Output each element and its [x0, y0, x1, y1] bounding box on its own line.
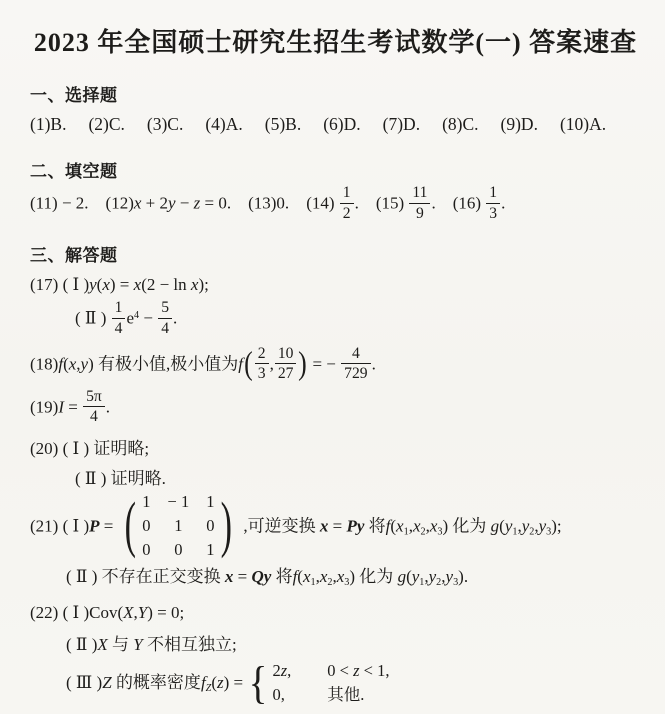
solution-line-20-part1: (20) ( Ⅰ ) 证明略; — [30, 436, 641, 461]
answer-item: (8)C. — [442, 114, 478, 135]
math-segment: (17) ( Ⅰ ) — [30, 275, 89, 294]
fraction-denominator: 3 — [486, 204, 500, 222]
math-segment: (20) ( Ⅰ ) 证明略; — [30, 439, 149, 458]
solution-line-18: (18)f(x,y) 有极小值,极小值为f(23,1027) = − 4729. — [30, 347, 641, 384]
piecewise-function: {2z,0 < z < 1,0,其他. — [247, 660, 389, 706]
math-segment: − — [139, 309, 157, 328]
matrix-cell: 0 — [142, 540, 150, 560]
fraction-denominator: 729 — [341, 364, 370, 382]
math-segment: 将 — [271, 567, 292, 586]
math-segment: ); — [551, 517, 561, 536]
math-segment: Y — [138, 603, 147, 622]
math-segment — [289, 194, 306, 213]
math-segment: Py — [346, 517, 364, 536]
fraction-numerator: 10 — [275, 345, 297, 365]
fraction-numerator: 4 — [341, 345, 370, 365]
math-segment: x — [396, 517, 404, 536]
matrix-cell: 1 — [168, 516, 190, 536]
answer-item: (3)C. — [147, 114, 183, 135]
fraction: 23 — [255, 345, 269, 382]
matrix-cell: 0 — [168, 540, 190, 560]
solution-line-19: (19)I = 5π4. — [30, 390, 641, 427]
math-segment: 的概率密度 — [112, 672, 201, 691]
math-segment: 与 — [108, 635, 134, 654]
math-segment: ); — [198, 275, 208, 294]
math-segment: g — [491, 517, 500, 536]
math-segment: (16) — [453, 194, 486, 213]
answer-item: (1)B. — [30, 114, 66, 135]
math-segment: (14) — [306, 194, 339, 213]
math-segment: 0 < — [327, 661, 353, 680]
math-segment — [436, 194, 453, 213]
math-segment: 0, — [272, 685, 284, 704]
math-segment — [359, 194, 376, 213]
math-segment: = 0. — [200, 194, 231, 213]
section-heading-solution: 三、解答题 — [30, 241, 641, 266]
math-segment: + 2 — [141, 194, 168, 213]
math-segment: ) — [299, 347, 308, 379]
fraction-numerator: 5π — [83, 388, 105, 408]
section-heading-choice: 一、选择题 — [30, 81, 641, 106]
math-segment: . — [501, 194, 505, 213]
math-segment: ( Ⅱ ) 证明略. — [75, 469, 166, 488]
cases-cell: 0 < z < 1, — [327, 660, 389, 681]
math-segment: . — [173, 309, 177, 328]
fraction-denominator: 3 — [255, 364, 269, 382]
blank-answers-row: (11) − 2. (12)x + 2y − z = 0. (13)0. (14… — [30, 186, 641, 223]
matrix-cell: 1 — [206, 492, 214, 512]
math-segment: Z — [102, 672, 111, 691]
math-segment: ) 化为 — [349, 567, 397, 586]
fraction-numerator: 1 — [340, 184, 354, 204]
fraction: 119 — [409, 184, 430, 221]
solution-line-21-part2: ( Ⅱ ) 不存在正交变换 x = Qy 将f(x1,x2,x3) 化为 g(y… — [66, 564, 641, 595]
math-segment: y — [168, 194, 176, 213]
matrix-cell: 0 — [206, 516, 214, 536]
math-segment: (13)0. — [248, 194, 289, 213]
math-segment: y — [81, 354, 89, 373]
fraction-numerator: 11 — [409, 184, 430, 204]
fraction: 13 — [486, 184, 500, 221]
math-segment: ) = — [224, 672, 248, 691]
cases-cell: 2z, — [272, 660, 291, 681]
math-segment: = — [328, 517, 346, 536]
solution-line-22-part1: (22) ( Ⅰ )Cov(X,Y) = 0; — [30, 600, 641, 625]
math-segment: ( Ⅲ ) — [66, 672, 102, 691]
solution-line-20-part2: ( Ⅱ ) 证明略. — [75, 466, 641, 491]
matrix-cell: − 1 — [168, 492, 190, 512]
math-segment: Qy — [251, 567, 271, 586]
fraction: 54 — [158, 299, 172, 336]
math-segment: ) = 0; — [147, 603, 184, 622]
fraction-denominator: 4 — [158, 319, 172, 337]
math-segment: y — [446, 567, 454, 586]
math-segment: = − — [308, 354, 340, 373]
fraction-denominator: 4 — [112, 319, 126, 337]
cases-brace: { — [249, 660, 268, 706]
document-page: 2023 年全国硕士研究生招生考试数学(一) 答案速查 一、选择题 (1)B. … — [0, 0, 665, 714]
math-segment: (21) ( Ⅰ ) — [30, 517, 89, 536]
fraction: 12 — [340, 184, 354, 221]
math-segment: (19) — [30, 397, 58, 416]
math-segment: ( Ⅱ ) — [66, 635, 97, 654]
fraction-numerator: 2 — [255, 345, 269, 365]
fraction-denominator: 9 — [409, 204, 430, 222]
matrix-cell: 0 — [142, 516, 150, 536]
solution-line-17-part2: ( Ⅱ ) 14e4 − 54. — [75, 301, 641, 338]
solution-line-17-part1: (17) ( Ⅰ )y(x) = x(2 − ln x); — [30, 272, 641, 297]
math-segment: ,可逆变换 — [239, 517, 320, 536]
math-segment: , — [270, 354, 274, 373]
fraction-numerator: 1 — [486, 184, 500, 204]
math-segment: − — [176, 194, 194, 213]
cases-grid: 2z,0 < z < 1,0,其他. — [272, 660, 389, 706]
math-segment — [231, 194, 248, 213]
fraction-numerator: 5 — [158, 299, 172, 319]
math-segment: . — [372, 354, 376, 373]
math-segment: ( Ⅱ ) 不存在正交变换 — [66, 567, 225, 586]
math-segment: x — [102, 275, 110, 294]
math-segment: 将 — [364, 517, 385, 536]
answer-item: (5)B. — [265, 114, 301, 135]
fraction-numerator: 1 — [112, 299, 126, 319]
fraction: 1027 — [275, 345, 297, 382]
math-segment: 不相互独立; — [143, 635, 237, 654]
math-segment: Y — [133, 635, 142, 654]
cases-cell: 其他. — [327, 684, 389, 705]
math-segment: = — [233, 567, 251, 586]
math-segment: ) 化为 — [442, 517, 490, 536]
math-segment: (18) — [30, 354, 58, 373]
matrix-left-paren: ( — [124, 496, 135, 555]
math-segment: P — [89, 517, 99, 536]
math-segment: (12) — [106, 194, 134, 213]
fraction: 14 — [112, 299, 126, 336]
math-segment: (11) − 2. — [30, 194, 89, 213]
fraction-denominator: 27 — [275, 364, 297, 382]
math-segment: X — [123, 603, 133, 622]
math-segment: ). — [458, 567, 468, 586]
math-segment: < 1, — [360, 661, 390, 680]
math-segment: f — [238, 354, 243, 373]
math-segment: ) 有极小值,极小值为 — [88, 354, 238, 373]
math-segment: . — [106, 397, 110, 416]
math-segment: , — [287, 661, 291, 680]
answer-item: (2)C. — [88, 114, 124, 135]
math-segment: 其他. — [327, 685, 364, 704]
math-segment: (15) — [376, 194, 409, 213]
fraction-denominator: 4 — [83, 407, 105, 425]
fraction-denominator: 2 — [340, 204, 354, 222]
math-segment — [89, 194, 106, 213]
solution-line-22-part2: ( Ⅱ )X 与 Y 不相互独立; — [66, 632, 641, 657]
math-segment: x — [303, 567, 311, 586]
matrix: (1− 11010001) — [120, 492, 238, 559]
math-segment: (2 − ln — [141, 275, 191, 294]
solution-line-21-part1: (21) ( Ⅰ )P = (1− 11010001) ,可逆变换 x = Py… — [30, 494, 641, 561]
matrix-cell: 1 — [142, 492, 150, 512]
math-segment: ( Ⅱ ) — [75, 309, 111, 328]
answer-item: (7)D. — [383, 114, 420, 135]
matrix-right-paren: ) — [221, 496, 232, 555]
cases-cell: 0, — [272, 684, 291, 705]
section-heading-blank: 二、填空题 — [30, 157, 641, 182]
math-segment: ( — [244, 347, 253, 379]
math-segment: = — [64, 397, 82, 416]
page-title: 2023 年全国硕士研究生招生考试数学(一) 答案速查 — [30, 22, 641, 59]
matrix-cell: 1 — [206, 540, 214, 560]
solution-line-22-part3: ( Ⅲ )Z 的概率密度fZ(z) = {2z,0 < z < 1,0,其他. — [66, 661, 641, 707]
math-segment: = — [100, 517, 118, 536]
math-segment: X — [97, 635, 107, 654]
math-segment: (22) ( Ⅰ )Cov( — [30, 603, 123, 622]
math-segment: z — [217, 672, 224, 691]
choice-answers-row: (1)B. (2)C. (3)C. (4)A. (5)B. (6)D. (7)D… — [30, 114, 641, 135]
math-segment: y — [89, 275, 97, 294]
answer-item: (6)D. — [323, 114, 360, 135]
answer-item: (4)A. — [205, 114, 242, 135]
math-segment: ) = — [110, 275, 134, 294]
answer-item: (10)A. — [560, 114, 606, 135]
fraction: 5π4 — [83, 388, 105, 425]
math-segment: g — [398, 567, 407, 586]
math-segment: y — [539, 517, 547, 536]
fraction: 4729 — [341, 345, 370, 382]
matrix-grid: 1− 11010001 — [140, 492, 216, 559]
answer-item: (9)D. — [501, 114, 538, 135]
math-segment: e — [126, 309, 134, 328]
